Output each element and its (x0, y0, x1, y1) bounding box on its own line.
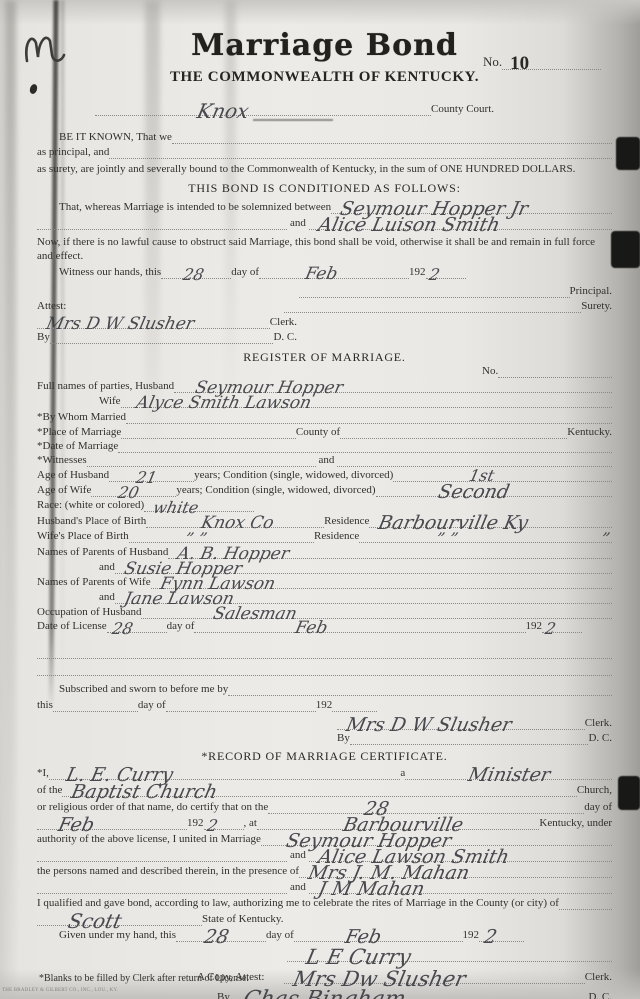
witness-hands-label: Witness our hands, this (59, 266, 161, 279)
husband-birth-line: Husband's Place of Birth Knox Co Residen… (37, 515, 612, 528)
year-printed-label: 192 (316, 699, 333, 712)
cert-and-witness2-line: and J M Mahan (37, 881, 612, 894)
age-wife-label: Age of Wife (37, 484, 91, 497)
cert-groom-entry: Seymour Hopper (261, 833, 612, 846)
race-handwritten: white (152, 501, 200, 514)
binder-mark (616, 137, 640, 170)
parents-husband-line: Names of Parents of Husband A. B. Hopper (37, 546, 612, 559)
of-the-label: of the (37, 784, 62, 797)
minister-name-entry: L. E. Curry (49, 767, 400, 780)
final-clerk-entry: Mrs Dw Slusher (284, 971, 584, 984)
principal-signature-line: Principal. (299, 285, 612, 298)
by-whom-entry (126, 411, 612, 424)
clerk-label: Clerk. (270, 316, 297, 329)
final-clerk-handwritten: Mrs Dw Slusher (292, 973, 467, 986)
as-principal-label: as principal, and (37, 146, 109, 159)
year-printed-label: 192 (187, 817, 204, 830)
date-entry (118, 440, 612, 453)
day-handwritten: 28 (182, 268, 205, 281)
sworn-by-line: By D. C. (337, 732, 612, 745)
by-whom-married-label: *By Whom Married (37, 411, 126, 424)
sworn-deputy-entry (350, 732, 589, 745)
commonwealth-heading: THE COMMONWEALTH OF KENTUCKY. (37, 69, 612, 86)
husband-birth-handwritten: Knox Co (200, 517, 275, 530)
year-printed-label: 192 (463, 929, 480, 942)
qualified-county-line: Scott State of Kentucky. (37, 913, 612, 926)
given-day-handwritten: 28 (203, 931, 230, 944)
blank-line (299, 285, 570, 298)
husband-residence-entry: Barbourville Ky (369, 515, 612, 528)
witnesses-line: *Witnesses and (37, 454, 612, 467)
presence-label: the persons named and described therein,… (37, 865, 299, 878)
minister-signature-line: L E Curry (287, 949, 612, 962)
cert-month-handwritten: Feb (57, 819, 95, 832)
cert-and-bride-line: and Alice Lawson Smith (37, 849, 612, 862)
register-no-entry (498, 365, 612, 378)
cert-year-entry: 2 (204, 817, 244, 830)
condition-label: years; Condition (single, widowed, divor… (194, 469, 393, 482)
condition-label: years; Condition (single, widowed, divor… (176, 484, 375, 497)
license-day-entry: 28 (107, 620, 167, 633)
qualified-entry (559, 897, 612, 910)
principal-name-line (172, 131, 612, 144)
wife-condition-handwritten: Second (437, 486, 511, 499)
cert-place-entry: Barbourville (257, 817, 539, 830)
blanks-footnote: *Blanks to be filled by Clerk after retu… (39, 973, 249, 984)
clerk-signature-line: Mrs D W Slusher (37, 316, 270, 329)
by-dc-line: By D. C. (37, 331, 297, 344)
kentucky-under-label: Kentucky, under (539, 817, 612, 830)
father-wife-entry: Fynn Lawson (151, 576, 612, 589)
dc-label: D. C. (588, 991, 612, 999)
county-entry (340, 426, 567, 439)
qualified-county-handwritten: Scott (67, 915, 123, 928)
scanned-marriage-bond-document: No. 10 Marriage Bond THE COMMONWEALTH OF… (0, 0, 640, 999)
day-of-label: day of (167, 620, 195, 633)
no-lawful-cause-text: Now, if there is no lawful cause to obst… (37, 236, 595, 248)
license-day-handwritten: 28 (111, 622, 134, 635)
final-by-line: By Chas Bingham D. C. (217, 991, 612, 999)
deputy-line (50, 331, 274, 344)
date-of-marriage-label: *Date of Marriage (37, 440, 118, 453)
attest-label: Attest: (37, 300, 66, 313)
day-of-label: day of (138, 699, 166, 712)
given-year-handwritten: 2 (483, 931, 498, 944)
kentucky-label: Kentucky. (567, 426, 612, 439)
and-bride-line: and Alice Luison Smith (37, 217, 612, 230)
month-entry-line: Feb (259, 266, 409, 279)
sworn-month-entry (166, 699, 316, 712)
blank-line (37, 646, 612, 659)
church-handwritten: Baptist Church (70, 786, 218, 799)
sworn-day-entry (53, 699, 138, 712)
county-entry-line: Knox (95, 103, 431, 116)
given-month-entry: Feb (294, 929, 463, 942)
be-it-known-label: BE IT KNOWN, That we (59, 131, 172, 144)
binder-mark (618, 776, 640, 810)
witnesses-label: *Witnesses (37, 454, 87, 467)
age-wife-entry: 20 (91, 484, 176, 497)
presence-line: the persons named and described therein,… (37, 865, 612, 878)
sworn-date-line: this day of 192 (37, 699, 344, 712)
cert-date-place-line: Feb 192 2 , at Barbourville Kentucky, un… (37, 817, 612, 830)
subscribed-label: Subscribed and sworn to before me by (59, 683, 228, 696)
dc-label: D. C. (588, 732, 612, 745)
final-deputy-entry: Chas Bingham (230, 991, 589, 999)
principal-label: Principal. (570, 285, 612, 298)
place-of-marriage-line: *Place of Marriage County of Kentucky. (37, 426, 612, 439)
register-no-label: No. (482, 365, 498, 378)
wife-residence-entry: ” ” ” (359, 530, 612, 543)
church-line: of the Baptist Church Church, (37, 784, 612, 797)
surety-label: Surety. (581, 300, 612, 313)
given-day-entry: 28 (176, 929, 266, 942)
mother-husband-line: and Susie Hopper (99, 561, 612, 574)
subscribed-line: Subscribed and sworn to before me by (37, 683, 612, 696)
license-year-entry: 2 (542, 620, 582, 633)
wife-condition-entry: Second (376, 484, 612, 497)
clerk-attest-line: Mrs D W Slusher Clerk. (37, 316, 297, 329)
and-label: and (99, 561, 115, 574)
county-handwritten: Knox (196, 105, 250, 118)
license-date-line: Date of License 28 day of Feb 192 2 (37, 620, 582, 633)
year-printed-label: 192 (409, 266, 426, 279)
church-label: Church, (577, 784, 612, 797)
year-entry-line: 2 (426, 266, 466, 279)
church-entry: Baptist Church (62, 784, 577, 797)
solemnized-label: That, whereas Marriage is intended to be… (59, 201, 331, 214)
year-printed-label: 192 (526, 620, 543, 633)
binder-mark (611, 231, 640, 268)
license-month-entry: Feb (194, 620, 525, 633)
occupation-entry: Salesman (141, 606, 612, 619)
united-line: authority of the above license, I united… (37, 833, 612, 846)
and-label: and (99, 591, 115, 604)
mother-wife-entry: Jane Lawson (115, 591, 612, 604)
wife-birth-label: Wife's Place of Birth (37, 530, 129, 543)
residence-label: Residence (324, 515, 369, 528)
minister-title-handwritten: Minister (467, 769, 551, 782)
year-handwritten: 2 (428, 268, 441, 281)
wife-name-handwritten: Alyce Smith Lawson (135, 397, 312, 410)
certificate-heading: *RECORD OF MARRIAGE CERTIFICATE. (37, 749, 612, 764)
given-year-entry: 2 (479, 929, 524, 942)
bride-name-handwritten: Alice Luison Smith (317, 219, 501, 232)
cert-year-handwritten: 2 (206, 819, 219, 832)
age-husband-label: Age of Husband (37, 469, 109, 482)
mother-wife-line: and Jane Lawson (99, 591, 612, 604)
witness-hands-line: Witness our hands, this 28 day of Feb 19… (37, 266, 447, 279)
wife-birth-line: Wife's Place of Birth ” ” Residence ” ” … (37, 530, 612, 543)
father-husband-entry: A. B. Hopper (168, 546, 612, 559)
clerk-signature-handwritten: Mrs D W Slusher (45, 318, 195, 331)
i-label: *I, (37, 767, 49, 780)
wife-label: Wife (99, 395, 121, 408)
witness1-entry (87, 454, 316, 467)
age-wife-handwritten: 20 (117, 486, 140, 499)
sworn-year-entry (332, 699, 377, 712)
husband-birth-entry: Knox Co (146, 515, 324, 528)
minister-signature-handwritten: L E Curry (305, 951, 412, 964)
dc-label: D. C. (273, 331, 297, 344)
residence-label: Residence (314, 530, 359, 543)
mother-husband-entry: Susie Hopper (115, 561, 612, 574)
date-of-marriage-line: *Date of Marriage (37, 440, 612, 453)
place-entry (121, 426, 296, 439)
wife-name-line: Wife Alyce Smith Lawson (99, 395, 612, 408)
age-husband-line: Age of Husband 21 years; Condition (sing… (37, 469, 612, 482)
full-names-label: Full names of parties, Husband (37, 380, 174, 393)
age-husband-entry: 21 (109, 469, 194, 482)
wife-birth-entry: ” ” (129, 530, 314, 543)
bond-conditioned-heading: THIS BOND IS CONDITIONED AS FOLLOWS: (37, 181, 612, 196)
minister-line: *I, L. E. Curry a Minister (37, 767, 612, 780)
register-no-line: No. (482, 365, 612, 378)
day-entry-line: 28 (161, 266, 231, 279)
at-label: , at (244, 817, 257, 830)
husband-name-line: Full names of parties, Husband Seymour H… (37, 380, 612, 393)
sworn-clerk-entry: Mrs D W Slusher (337, 717, 585, 730)
surety-signature-line (284, 300, 581, 313)
husband-birth-label: Husband's Place of Birth (37, 515, 146, 528)
be-it-known-line: BE IT KNOWN, That we (37, 131, 612, 144)
blank-line-2 (37, 663, 612, 676)
and-effect-text: and effect. (37, 250, 83, 262)
solemnized-line: That, whereas Marriage is intended to be… (37, 201, 612, 214)
day-of-label: day of (231, 266, 259, 279)
and-label: and (287, 217, 309, 230)
wife-residence-ditto: ” ” (435, 532, 459, 545)
wife-name-entry: Alyce Smith Lawson (121, 395, 612, 408)
cert-bride-entry: Alice Lawson Smith (309, 849, 612, 862)
parents-husband-label: Names of Parents of Husband (37, 546, 168, 559)
clerk-label: Clerk. (585, 717, 612, 730)
minister-signature-entry: L E Curry (287, 949, 612, 962)
cert-day-entry: 28 (268, 801, 584, 814)
sworn-clerk-line: Mrs D W Slusher Clerk. (337, 717, 612, 730)
attest-surety-line: Attest: Surety. (37, 300, 612, 313)
cert-witness2-handwritten: J M Mahan (317, 883, 425, 896)
by-label: By (217, 991, 230, 999)
clerk-label: Clerk. (585, 971, 612, 984)
day-of-label: day of (584, 801, 612, 814)
license-year-handwritten: 2 (544, 622, 557, 635)
as-surety-text: as surety, are jointly and severally bou… (37, 163, 612, 176)
printer-imprint: THE BRADLEY & GILBERT CO., INC., LOU., K… (2, 988, 118, 993)
month-handwritten: Feb (304, 268, 339, 281)
blank-line (37, 881, 287, 894)
given-month-handwritten: Feb (344, 931, 382, 944)
husband-name-entry: Seymour Hopper (174, 380, 612, 393)
license-month-handwritten: Feb (294, 622, 329, 635)
bride-entry-line: Alice Luison Smith (309, 217, 612, 230)
cert-month-entry: Feb (37, 817, 187, 830)
blank-line (37, 849, 287, 862)
qualified-county-entry: Scott (37, 913, 202, 926)
deputy-signature-handwritten: Chas Bingham (242, 993, 407, 999)
minister-title-entry: Minister (405, 767, 612, 780)
age-wife-line: Age of Wife 20 years; Condition (single,… (37, 484, 612, 497)
blank-line (37, 217, 287, 230)
witness1-cert-entry: Mrs J. M. Mahan (299, 865, 612, 878)
subscribed-entry (228, 683, 612, 696)
license-label: Date of License (37, 620, 107, 633)
witnesses-and-label: and (316, 454, 338, 467)
state-label: State of Kentucky. (202, 913, 283, 926)
surety-name-line (109, 146, 612, 159)
as-principal-line: as principal, and (37, 146, 612, 159)
sworn-clerk-handwritten: Mrs D W Slusher (345, 719, 513, 732)
county-of-label: County of (296, 426, 340, 439)
document-title: Marriage Bond (37, 28, 612, 63)
county-court-line: Knox County Court. (37, 94, 494, 116)
county-court-label: County Court. (431, 103, 494, 116)
day-of-label: day of (266, 929, 294, 942)
blank-line (37, 663, 612, 676)
witness2-cert-entry: J M Mahan (309, 881, 612, 894)
race-entry: white (144, 499, 254, 512)
this-label: this (37, 699, 53, 712)
place-of-marriage-label: *Place of Marriage (37, 426, 121, 439)
wife-residence-ditto-2: ” (600, 532, 611, 545)
blank-line-1 (37, 646, 612, 659)
register-heading: REGISTER OF MARRIAGE. (37, 350, 612, 365)
groom-entry-line: Seymour Hopper Jr (331, 201, 612, 214)
by-whom-married-line: *By Whom Married (37, 411, 612, 424)
scan-streak (5, 0, 16, 999)
